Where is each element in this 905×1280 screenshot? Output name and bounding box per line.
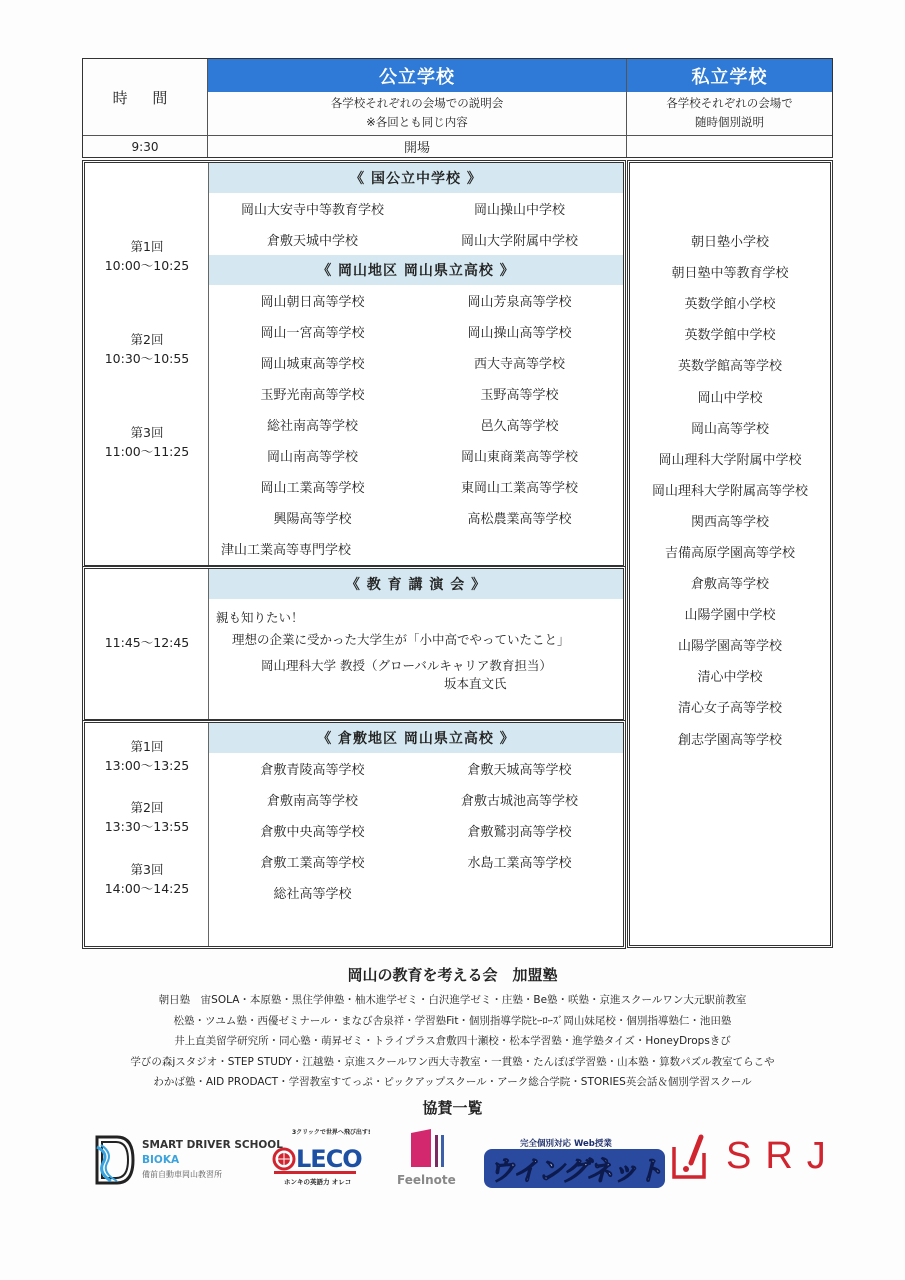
lecture-speaker-affiliation: 岡山理科大学 教授（グローバルキャリア教育担当）: [216, 657, 623, 675]
private-schools-sub1: 各学校それぞれの会場で: [627, 92, 832, 113]
member-juku-list: 朝日塾 宙SOLA・本原塾・黒住学伸塾・柚木進学ゼミ・白沢進学ゼミ・庄塾・Be塾…: [0, 990, 905, 1093]
member-line: わかば塾・AID PRODACT・学習教室すてっぷ・ピックアップスクール・アーク…: [0, 1072, 905, 1093]
member-line: 井上直美留学研究所・同心塾・萌昇ゼミ・トライプラス倉敷四十瀬校・松本学習塾・進学…: [0, 1031, 905, 1052]
slot-time: 13:00〜13:25: [85, 756, 209, 775]
private-school-item: 創志学園高等学校: [630, 723, 830, 754]
private-school-item: 倉敷高等学校: [630, 567, 830, 598]
school-item: 岡山大学附属中学校: [416, 224, 623, 255]
sponsor-wingnet: 完全個別対応 Web授業 ウイングネット: [482, 1125, 652, 1195]
lecture-body: 親も知りたい！ 理想の企業に受かった大学生が「小中高でやっていたこと」 岡山理科…: [209, 599, 623, 693]
private-school-item: 清心女子高等学校: [630, 691, 830, 722]
sponsor-leco: 3クリックで世界へ飛び出す! LECO ホンキの英語力 オレコ: [270, 1125, 360, 1195]
private-school-item: 朝日塾小学校: [630, 225, 830, 256]
srj-name: SRJ: [726, 1135, 840, 1178]
slot-label: 第2回: [85, 330, 209, 349]
opening-time: 9:30: [83, 136, 208, 157]
slot-label: 第1回: [85, 237, 209, 256]
member-line: 松塾・ツユム塾・西優ゼミナール・まなび舎泉祥・学習塾Fit・個別指導学院ﾋｰﾛｰ…: [0, 1011, 905, 1032]
association-title: 岡山の教育を考える会 加盟塾: [0, 964, 905, 985]
school-item: 岡山大安寺中等教育学校: [209, 193, 416, 224]
private-school-item: 岡山理科大学附属高等学校: [630, 474, 830, 505]
leco-name: LECO: [296, 1145, 362, 1173]
school-item: 倉敷青陵高等学校: [209, 753, 416, 784]
schedule-header: 時 間 公立学校 各学校それぞれの会場での説明会 ※各回とも同じ内容 私立学校 …: [82, 58, 833, 158]
lecture-time: 11:45〜12:45: [85, 633, 209, 652]
lecture-line-2: 理想の企業に受かった大学生が「小中高でやっていたこと」: [216, 629, 623, 651]
school-item: 玉野高等学校: [416, 378, 623, 409]
private-school-item: 英数学館高等学校: [630, 349, 830, 380]
school-item: 西大寺高等学校: [416, 347, 623, 378]
kurashiki-area-hs-title: 《 倉敷地区 岡山県立高校 》: [209, 723, 623, 753]
private-school-item: 岡山中学校: [630, 380, 830, 411]
lecture-line-1: 親も知りたい！: [216, 607, 623, 629]
afternoon-session-block: 第1回 13:00〜13:25 第2回 13:30〜13:55 第3回 14:0…: [82, 720, 626, 949]
school-item: 岡山操山高等学校: [416, 316, 623, 347]
afternoon-slot-2: 第2回 13:30〜13:55: [85, 798, 209, 836]
school-item: 津山工業高等専門学校: [209, 533, 416, 564]
school-item: 倉敷中央高等学校: [209, 815, 416, 846]
private-schools-header: 私立学校 各学校それぞれの会場で 随時個別説明: [627, 59, 832, 135]
leco-sub: ホンキの英語力 オレコ: [284, 1177, 351, 1186]
wingnet-tagline: 完全個別対応 Web授業: [520, 1137, 612, 1149]
school-item: 興陽高等学校: [209, 502, 416, 533]
lecture-time-column: 11:45〜12:45: [85, 569, 209, 719]
afternoon-slot-1: 第1回 13:00〜13:25: [85, 737, 209, 775]
public-schools-sub1: 各学校それぞれの会場での説明会: [208, 92, 626, 113]
bioka-line2: BIOKA: [142, 1154, 179, 1166]
opening-row: 9:30 開場: [83, 135, 832, 157]
lecture-content: 《 教 育 講 演 会 》 親も知りたい！ 理想の企業に受かった大学生が「小中高…: [209, 569, 623, 719]
sponsor-logos: SMART DRIVER SCHOOL BIOKA 備前自動車岡山教習所 3クリ…: [90, 1125, 840, 1195]
private-school-item: 岡山高等学校: [630, 412, 830, 443]
public-schools-sub2: ※各回とも同じ内容: [208, 113, 626, 130]
morning-slot-3: 第3回 11:00〜11:25: [85, 423, 209, 461]
slot-time: 14:00〜14:25: [85, 879, 209, 898]
lecture-speaker-name: 坂本直文氏: [216, 675, 623, 693]
private-schools-column: 朝日塾小学校 朝日塾中等教育学校 英数学館小学校 英数学館中学校 英数学館高等学…: [627, 160, 833, 948]
okayama-area-hs-title: 《 岡山地区 岡山県立高校 》: [209, 255, 623, 285]
morning-slot-1: 第1回 10:00〜10:25: [85, 237, 209, 275]
private-school-item: 朝日塾中等教育学校: [630, 256, 830, 287]
time-column-header: 時 間: [83, 59, 208, 135]
feelnote-name: Feelnote: [397, 1173, 456, 1187]
morning-session-block: 第1回 10:00〜10:25 第2回 10:30〜10:55 第3回 11:0…: [82, 160, 626, 568]
member-line: 朝日塾 宙SOLA・本原塾・黒住学伸塾・柚木進学ゼミ・白沢進学ゼミ・庄塾・Be塾…: [0, 990, 905, 1011]
afternoon-slot-3: 第3回 14:00〜14:25: [85, 860, 209, 898]
private-schools-list: 朝日塾小学校 朝日塾中等教育学校 英数学館小学校 英数学館中学校 英数学館高等学…: [630, 225, 830, 754]
bioka-line3: 備前自動車岡山教習所: [142, 1169, 222, 1180]
leco-underline: [274, 1171, 356, 1174]
school-item: 倉敷天城高等学校: [416, 753, 623, 784]
srj-check-mark-icon: [670, 1133, 712, 1181]
school-item: 倉敷工業高等学校: [209, 846, 416, 877]
leco-tagline: 3クリックで世界へ飛び出す!: [292, 1127, 371, 1136]
school-item: 東岡山工業高等学校: [416, 471, 623, 502]
okayama-area-hs-list: 岡山朝日高等学校 岡山芳泉高等学校 岡山一宮高等学校 岡山操山高等学校 岡山城東…: [209, 285, 623, 564]
school-item: 邑久高等学校: [416, 409, 623, 440]
school-item: 総社南高等学校: [209, 409, 416, 440]
private-school-item: 岡山理科大学附属中学校: [630, 443, 830, 474]
afternoon-content: 《 倉敷地区 岡山県立高校 》 倉敷青陵高等学校 倉敷天城高等学校 倉敷南高等学…: [209, 723, 623, 946]
bioka-line1: SMART DRIVER SCHOOL: [142, 1139, 283, 1151]
school-item: 岡山一宮高等学校: [209, 316, 416, 347]
slot-label: 第2回: [85, 798, 209, 817]
school-item: 岡山芳泉高等学校: [416, 285, 623, 316]
school-item: 岡山東商業高等学校: [416, 440, 623, 471]
school-item: 倉敷南高等学校: [209, 784, 416, 815]
public-schools-title: 公立学校: [208, 59, 626, 92]
morning-slot-2: 第2回 10:30〜10:55: [85, 330, 209, 368]
school-item: 倉敷古城池高等学校: [416, 784, 623, 815]
school-item: 総社高等学校: [209, 877, 416, 908]
sponsor-srj: SRJ: [670, 1125, 840, 1195]
national-public-jhs-title: 《 国公立中学校 》: [209, 163, 623, 193]
school-item: 岡山城東高等学校: [209, 347, 416, 378]
private-school-item: 英数学館中学校: [630, 318, 830, 349]
slot-label: 第1回: [85, 737, 209, 756]
sponsor-feelnote: Feelnote: [395, 1125, 465, 1195]
school-item: 岡山操山中学校: [416, 193, 623, 224]
school-item: 倉敷天城中学校: [209, 224, 416, 255]
morning-content: 《 国公立中学校 》 岡山大安寺中等教育学校 岡山操山中学校 倉敷天城中学校 岡…: [209, 163, 623, 565]
private-schools-title: 私立学校: [627, 59, 832, 92]
private-school-item: 山陽学園高等学校: [630, 629, 830, 660]
bioka-d-logo-icon: [95, 1135, 135, 1185]
slot-label: 第3回: [85, 423, 209, 442]
public-schools-header: 公立学校 各学校それぞれの会場での説明会 ※各回とも同じ内容: [208, 59, 627, 135]
morning-time-column: 第1回 10:00〜10:25 第2回 10:30〜10:55 第3回 11:0…: [85, 163, 209, 565]
member-line: 学びの森jスタジオ・STEP STUDY・江越塾・京進スクールワン西大寺教室・一…: [0, 1052, 905, 1073]
private-schools-sub2: 随時個別説明: [627, 113, 832, 130]
wingnet-name: ウイングネット: [484, 1149, 665, 1188]
national-public-jhs-list: 岡山大安寺中等教育学校 岡山操山中学校 倉敷天城中学校 岡山大学附属中学校: [209, 193, 623, 255]
lecture-block: 11:45〜12:45 《 教 育 講 演 会 》 親も知りたい！ 理想の企業に…: [82, 566, 626, 722]
school-item: 水島工業高等学校: [416, 846, 623, 877]
sponsor-bioka: SMART DRIVER SCHOOL BIOKA 備前自動車岡山教習所: [90, 1125, 260, 1195]
lecture-title: 《 教 育 講 演 会 》: [209, 569, 623, 599]
school-item: 倉敷鷲羽高等学校: [416, 815, 623, 846]
school-item: 玉野光南高等学校: [209, 378, 416, 409]
afternoon-time-column: 第1回 13:00〜13:25 第2回 13:30〜13:55 第3回 14:0…: [85, 723, 209, 946]
school-item: 高松農業高等学校: [416, 502, 623, 533]
feelnote-mark-icon: [407, 1127, 447, 1169]
private-school-item: 関西高等学校: [630, 505, 830, 536]
private-school-item: 山陽学園中学校: [630, 598, 830, 629]
slot-time: 13:30〜13:55: [85, 817, 209, 836]
private-school-item: 清心中学校: [630, 660, 830, 691]
slot-label: 第3回: [85, 860, 209, 879]
school-item: 岡山朝日高等学校: [209, 285, 416, 316]
school-item: 岡山南高等学校: [209, 440, 416, 471]
slot-time: 10:00〜10:25: [85, 256, 209, 275]
school-item: 岡山工業高等学校: [209, 471, 416, 502]
sponsors-title: 協賛一覧: [0, 1097, 905, 1118]
opening-label: 開場: [208, 136, 627, 157]
kurashiki-area-hs-list: 倉敷青陵高等学校 倉敷天城高等学校 倉敷南高等学校 倉敷古城池高等学校 倉敷中央…: [209, 753, 623, 908]
private-school-item: 吉備高原学園高等学校: [630, 536, 830, 567]
slot-time: 10:30〜10:55: [85, 349, 209, 368]
globe-icon: [272, 1147, 296, 1171]
private-school-item: 英数学館小学校: [630, 287, 830, 318]
slot-time: 11:00〜11:25: [85, 442, 209, 461]
